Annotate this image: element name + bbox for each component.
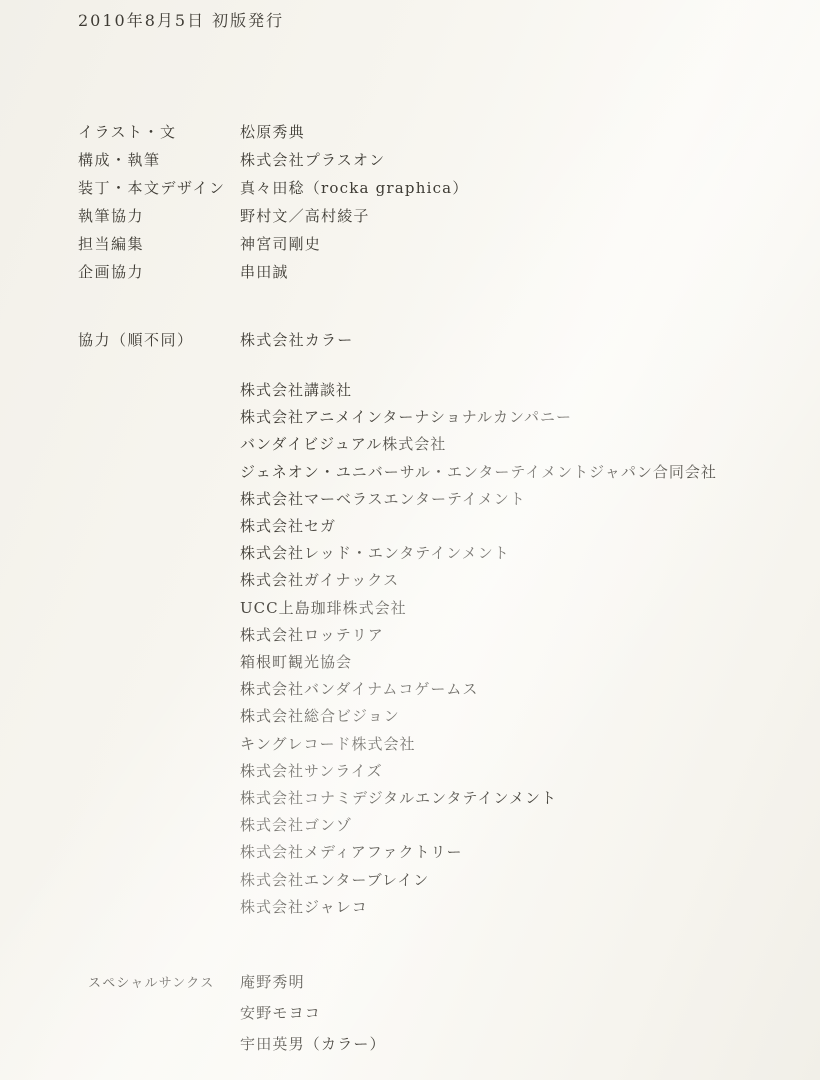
colophon-page: 2010年8月5日 初版発行 イラスト・文 松原秀典 構成・執筆 株式会社プラス…: [0, 0, 820, 1080]
credit-value: 神宮司剛史: [240, 230, 321, 258]
credit-label: 企画協力: [78, 258, 240, 286]
company-item: 株式会社ガイナックス: [240, 567, 770, 594]
company-item: 株式会社ロッテリア: [240, 622, 770, 649]
credit-value: 松原秀典: [240, 118, 305, 146]
company-item: キングレコード株式会社: [240, 731, 770, 758]
credit-row: 企画協力 串田誠: [78, 258, 770, 286]
credit-row: 執筆協力 野村文／高村綾子: [78, 202, 770, 230]
credit-label: 装丁・本文デザイン: [78, 174, 240, 202]
special-thanks-name: 安野モヨコ: [240, 998, 386, 1029]
company-item: 株式会社ジャレコ: [240, 894, 770, 921]
company-item: 箱根町観光協会: [240, 649, 770, 676]
credit-value: 野村文／高村綾子: [240, 202, 370, 230]
cooperation-company-list: 株式会社講談社 株式会社アニメインターナショナルカンパニー バンダイビジュアル株…: [240, 377, 770, 921]
credit-row: 担当編集 神宮司剛史: [78, 230, 770, 258]
credit-label: イラスト・文: [78, 118, 240, 146]
credit-row: 装丁・本文デザイン 真々田稔（rocka graphica）: [78, 174, 770, 202]
special-thanks-names: 庵野秀明 安野モヨコ 宇田英男（カラー）: [240, 967, 386, 1060]
cooperation-header-row: 協力（順不同） 株式会社カラー: [78, 326, 770, 354]
company-item: ジェネオン・ユニバーサル・エンターテイメントジャパン合同会社: [240, 459, 770, 486]
company-item: 株式会社セガ: [240, 513, 770, 540]
publication-date: 2010年8月5日 初版発行: [78, 10, 770, 32]
credit-value: 串田誠: [240, 258, 289, 286]
company-item: 株式会社コナミデジタルエンタテインメント: [240, 785, 770, 812]
special-thanks-name: 庵野秀明: [240, 967, 386, 998]
special-thanks-section: スペシャルサンクス 庵野秀明 安野モヨコ 宇田英男（カラー）: [78, 967, 770, 1060]
company-item: 株式会社講談社: [240, 377, 770, 404]
company-item: 株式会社メディアファクトリー: [240, 839, 770, 866]
company-item: 株式会社レッド・エンタテインメント: [240, 540, 770, 567]
cooperation-label: 協力（順不同）: [78, 326, 240, 354]
special-thanks-name: 宇田英男（カラー）: [240, 1029, 386, 1060]
cooperation-section: 協力（順不同） 株式会社カラー 株式会社講談社 株式会社アニメインターナショナル…: [78, 326, 770, 921]
company-item: UCC上島珈琲株式会社: [240, 595, 770, 622]
company-item: 株式会社マーベラスエンターテイメント: [240, 486, 770, 513]
company-item: 株式会社アニメインターナショナルカンパニー: [240, 404, 770, 431]
company-item: バンダイビジュアル株式会社: [240, 431, 770, 458]
special-thanks-label: スペシャルサンクス: [78, 967, 240, 1060]
credit-label: 構成・執筆: [78, 146, 240, 174]
credit-value: 株式会社プラスオン: [240, 146, 385, 174]
credit-row: イラスト・文 松原秀典: [78, 118, 770, 146]
credit-label: 執筆協力: [78, 202, 240, 230]
company-item: 株式会社エンターブレイン: [240, 867, 770, 894]
company-item: 株式会社サンライズ: [240, 758, 770, 785]
company-item: 株式会社ゴンゾ: [240, 812, 770, 839]
company-item: 株式会社総合ビジョン: [240, 703, 770, 730]
credit-value: 真々田稔（rocka graphica）: [240, 174, 469, 202]
credit-label: 担当編集: [78, 230, 240, 258]
company-item: 株式会社バンダイナムコゲームス: [240, 676, 770, 703]
cooperation-first-company: 株式会社カラー: [240, 326, 353, 354]
credit-row: 構成・執筆 株式会社プラスオン: [78, 146, 770, 174]
credits-section: イラスト・文 松原秀典 構成・執筆 株式会社プラスオン 装丁・本文デザイン 真々…: [78, 118, 770, 286]
